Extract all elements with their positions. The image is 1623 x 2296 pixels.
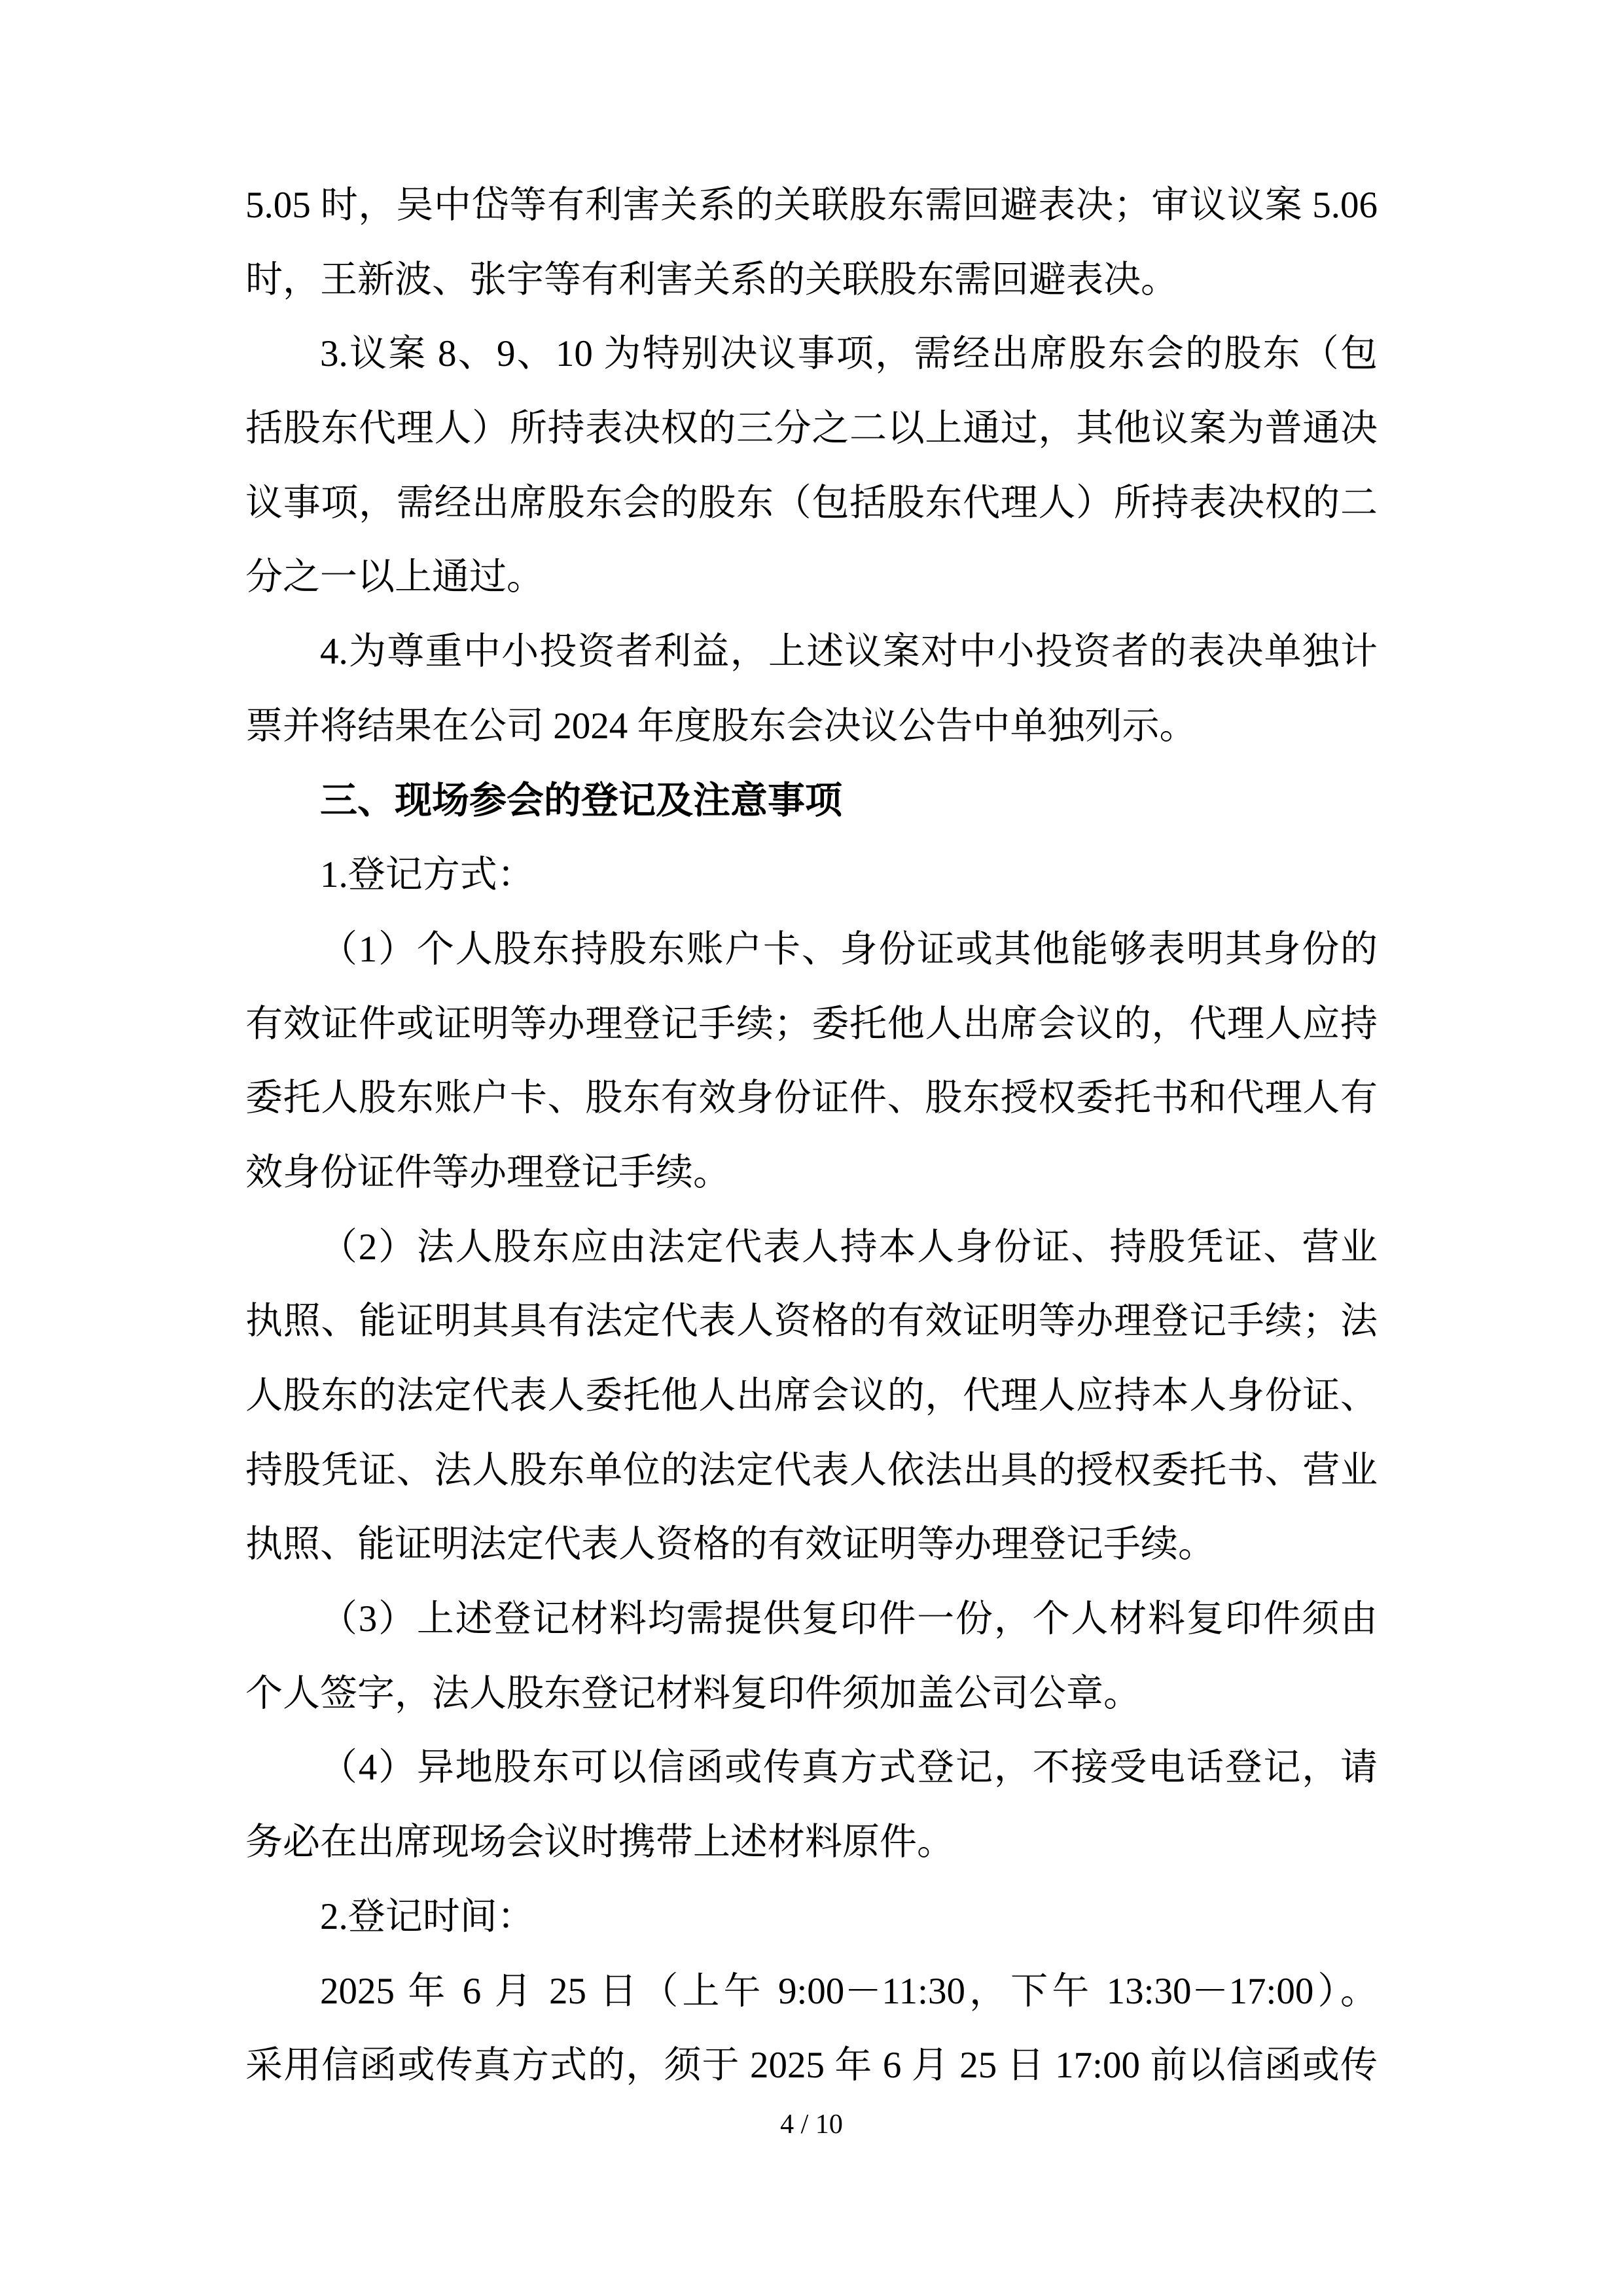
text-line: 1.登记方式：	[245, 838, 1378, 912]
page-number: 4 / 10	[0, 2109, 1623, 2140]
text-line: 4.为尊重中小投资者利益，上述议案对中小投资者的表决单独计	[245, 615, 1378, 689]
text-line: 人股东的法定代表人委托他人出席会议的，代理人应持本人身份证、	[245, 1359, 1378, 1433]
text-line: （2）法人股东应由法定代表人持本人身份证、持股凭证、营业	[245, 1210, 1378, 1285]
text-line: 委托人股东账户卡、股东有效身份证件、股东授权委托书和代理人有	[245, 1061, 1378, 1136]
document-page: 5.05 时，吴中岱等有利害关系的关联股东需回避表决；审议议案 5.06 时，王…	[0, 0, 1623, 2296]
text-line: 个人签字，法人股东登记材料复印件须加盖公司公章。	[245, 1657, 1378, 1731]
text-line: 效身份证件等办理登记手续。	[245, 1136, 1378, 1210]
text-line: （3）上述登记材料均需提供复印件一份，个人材料复印件须由	[245, 1582, 1378, 1657]
text-line: 票并将结果在公司 2024 年度股东会决议公告中单独列示。	[245, 689, 1378, 764]
text-line: （1）个人股东持股东账户卡、身份证或其他能够表明其身份的	[245, 912, 1378, 987]
section-heading: 三、现场参会的登记及注意事项	[245, 764, 1378, 838]
text-line: 采用信函或传真方式的，须于 2025 年 6 月 25 日 17:00 前以信函…	[245, 2028, 1378, 2103]
text-line: 3.议案 8、9、10 为特别决议事项，需经出席股东会的股东（包	[245, 317, 1378, 391]
text-line: 时，王新波、张宇等有利害关系的关联股东需回避表决。	[245, 243, 1378, 317]
text-line: 括股东代理人）所持表决权的三分之二以上通过，其他议案为普通决	[245, 391, 1378, 466]
text-line: 有效证件或证明等办理登记手续；委托他人出席会议的，代理人应持	[245, 987, 1378, 1062]
text-line: 执照、能证明其具有法定代表人资格的有效证明等办理登记手续；法	[245, 1284, 1378, 1359]
text-line: 2025 年 6 月 25 日（上午 9:00－11:30，下午 13:30－1…	[245, 1954, 1378, 2029]
text-line: （4）异地股东可以信函或传真方式登记，不接受电话登记，请	[245, 1731, 1378, 1805]
text-line: 2.登记时间：	[245, 1880, 1378, 1954]
text-line: 5.05 时，吴中岱等有利害关系的关联股东需回避表决；审议议案 5.06	[245, 168, 1378, 243]
text-line: 分之一以上通过。	[245, 540, 1378, 615]
text-line: 务必在出席现场会议时携带上述材料原件。	[245, 1805, 1378, 1880]
text-line: 持股凭证、法人股东单位的法定代表人依法出具的授权委托书、营业	[245, 1433, 1378, 1508]
text-line: 议事项，需经出席股东会的股东（包括股东代理人）所持表决权的二	[245, 466, 1378, 541]
text-line: 执照、能证明法定代表人资格的有效证明等办理登记手续。	[245, 1507, 1378, 1582]
page-body: 5.05 时，吴中岱等有利害关系的关联股东需回避表决；审议议案 5.06 时，王…	[245, 168, 1378, 2103]
